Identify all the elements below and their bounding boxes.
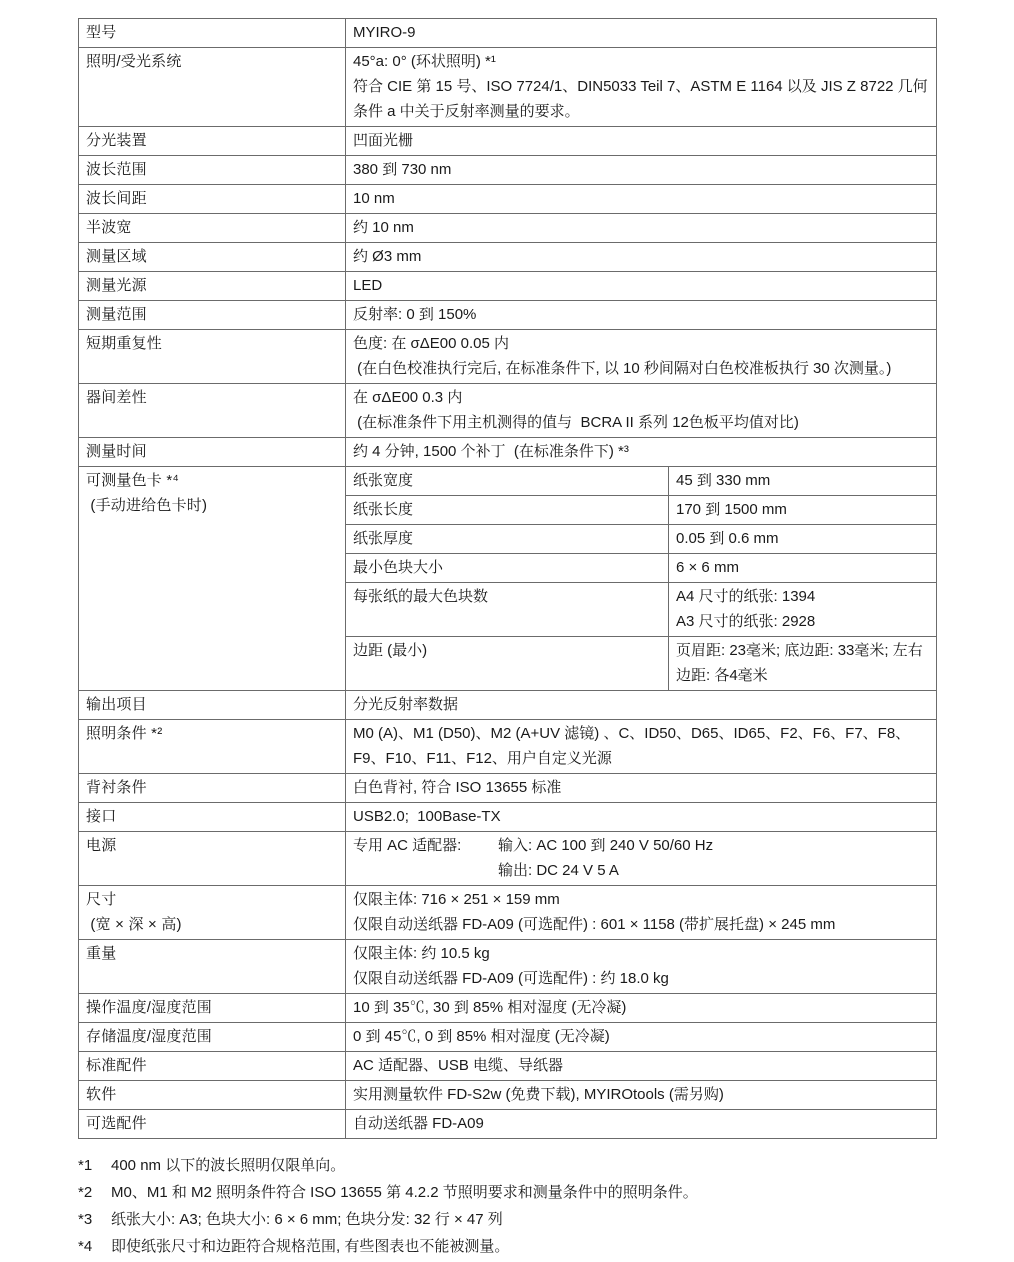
table-row: 照明/受光系统45°a: 0° (环状照明) *¹符合 CIE 第 15 号、I… bbox=[79, 48, 937, 127]
spec-value-cell: 约 Ø3 mm bbox=[346, 243, 937, 272]
spec-label-cell: 测量范围 bbox=[79, 301, 346, 330]
spec-label-cell: 尺寸 (宽 × 深 × 高) bbox=[79, 886, 346, 940]
table-row: 重量仅限主体: 约 10.5 kg仅限自动送纸器 FD-A09 (可选配件) :… bbox=[79, 940, 937, 994]
spec-value-line: 45 到 330 mm bbox=[676, 468, 930, 493]
spec-value-line: 约 4 分钟, 1500 个补丁 (在标准条件下) *³ bbox=[353, 439, 930, 464]
spec-sublabel: 最小色块大小 bbox=[353, 555, 662, 580]
spec-sublabel: 边距 (最小) bbox=[353, 638, 662, 663]
spec-label-cell: 器间差性 bbox=[79, 384, 346, 438]
spec-sublabel-cell: 边距 (最小) bbox=[346, 637, 669, 691]
table-row: 测量区域约 Ø3 mm bbox=[79, 243, 937, 272]
table-row: 照明条件 *²M0 (A)、M1 (D50)、M2 (A+UV 滤镜) 、C、I… bbox=[79, 720, 937, 774]
table-row: 测量时间约 4 分钟, 1500 个补丁 (在标准条件下) *³ bbox=[79, 438, 937, 467]
spec-label: 软件 bbox=[86, 1082, 339, 1107]
spec-value-line: M0 (A)、M1 (D50)、M2 (A+UV 滤镜) 、C、ID50、D65… bbox=[353, 721, 930, 771]
spec-subvalue-cell: 45 到 330 mm bbox=[669, 467, 937, 496]
spec-label: 重量 bbox=[86, 941, 339, 966]
spec-value-cell: AC 适配器、USB 电缆、导纸器 bbox=[346, 1052, 937, 1081]
spec-value-line: 0.05 到 0.6 mm bbox=[676, 526, 930, 551]
spec-value-line: 0 到 45℃, 0 到 85% 相对湿度 (无冷凝) bbox=[353, 1024, 930, 1049]
spec-value-line: 约 10 nm bbox=[353, 215, 930, 240]
spec-value-line: 自动送纸器 FD-A09 bbox=[353, 1111, 930, 1136]
spec-label-cell: 可测量色卡 *⁴ (手动进给色卡时) bbox=[79, 467, 346, 691]
spec-value-line: 仅限主体: 约 10.5 kg bbox=[353, 941, 930, 966]
spec-label: 测量区域 bbox=[86, 244, 339, 269]
table-row: 短期重复性色度: 在 σΔE00 0.05 内 (在白色校准执行完后, 在标准条… bbox=[79, 330, 937, 384]
spec-label: 测量时间 bbox=[86, 439, 339, 464]
spec-value-line: 约 Ø3 mm bbox=[353, 244, 930, 269]
spec-subvalue-cell: 6 × 6 mm bbox=[669, 554, 937, 583]
spec-value-cell: 在 σΔE00 0.3 内 (在标准条件下用主机测得的值与 BCRA II 系列… bbox=[346, 384, 937, 438]
spec-label: 可选配件 bbox=[86, 1111, 339, 1136]
spec-label-cell: 测量光源 bbox=[79, 272, 346, 301]
spec-label: 分光装置 bbox=[86, 128, 339, 153]
spec-label-cell: 半波宽 bbox=[79, 214, 346, 243]
spec-value-cell: 仅限主体: 约 10.5 kg仅限自动送纸器 FD-A09 (可选配件) : 约… bbox=[346, 940, 937, 994]
spec-label: 存储温度/湿度范围 bbox=[86, 1024, 339, 1049]
table-row: 背衬条件白色背衬, 符合 ISO 13655 标准 bbox=[79, 774, 937, 803]
spec-label: 照明/受光系统 bbox=[86, 49, 339, 74]
spec-value-cell: USB2.0; 100Base-TX bbox=[346, 803, 937, 832]
spec-label: 半波宽 bbox=[86, 215, 339, 240]
spec-sublabel-cell: 纸张长度 bbox=[346, 496, 669, 525]
spec-sublabel: 纸张长度 bbox=[353, 497, 662, 522]
spec-value-line: 仅限自动送纸器 FD-A09 (可选配件) : 601 × 1158 (带扩展托… bbox=[353, 912, 930, 937]
spec-label: 尺寸 bbox=[86, 887, 339, 912]
spec-label-cell: 波长范围 bbox=[79, 156, 346, 185]
spec-value-line: 6 × 6 mm bbox=[676, 555, 930, 580]
spec-label-cell: 测量区域 bbox=[79, 243, 346, 272]
spec-value-cell: 自动送纸器 FD-A09 bbox=[346, 1110, 937, 1139]
footnote-marker: *3 bbox=[78, 1206, 111, 1233]
footnote-marker: *4 bbox=[78, 1233, 111, 1260]
spec-value-line: 在 σΔE00 0.3 内 bbox=[353, 385, 930, 410]
table-row: 波长范围380 到 730 nm bbox=[79, 156, 937, 185]
footnote-text: M0、M1 和 M2 照明条件符合 ISO 13655 第 4.2.2 节照明要… bbox=[111, 1179, 936, 1206]
footnote-text: 400 nm 以下的波长照明仅限单向。 bbox=[111, 1152, 936, 1179]
table-row: 器间差性在 σΔE00 0.3 内 (在标准条件下用主机测得的值与 BCRA I… bbox=[79, 384, 937, 438]
spec-label: 可测量色卡 *⁴ bbox=[86, 468, 339, 493]
footnote-row: *1400 nm 以下的波长照明仅限单向。 bbox=[78, 1152, 936, 1179]
spec-label-cell: 测量时间 bbox=[79, 438, 346, 467]
spec-value-line: 凹面光栅 bbox=[353, 128, 930, 153]
table-row: 波长间距10 nm bbox=[79, 185, 937, 214]
footnote-row: *3纸张大小: A3; 色块大小: 6 × 6 mm; 色块分发: 32 行 ×… bbox=[78, 1206, 936, 1233]
spec-value-line: 分光反射率数据 bbox=[353, 692, 930, 717]
spec-label: 测量范围 bbox=[86, 302, 339, 327]
spec-label: 操作温度/湿度范围 bbox=[86, 995, 339, 1020]
spec-value-line: 白色背衬, 符合 ISO 13655 标准 bbox=[353, 775, 930, 800]
spec-value-cell: M0 (A)、M1 (D50)、M2 (A+UV 滤镜) 、C、ID50、D65… bbox=[346, 720, 937, 774]
footnote-marker: *2 bbox=[78, 1179, 111, 1206]
spec-value-line: 10 nm bbox=[353, 186, 930, 211]
spec-sublabel: 纸张宽度 bbox=[353, 468, 662, 493]
table-row: 软件实用测量软件 FD-S2w (免费下载), MYIROtools (需另购) bbox=[79, 1081, 937, 1110]
spec-sublabel-cell: 纸张厚度 bbox=[346, 525, 669, 554]
spec-value-line: 仅限自动送纸器 FD-A09 (可选配件) : 约 18.0 kg bbox=[353, 966, 930, 991]
spec-label-cell: 接口 bbox=[79, 803, 346, 832]
spec-label: 型号 bbox=[86, 20, 339, 45]
spec-label: 短期重复性 bbox=[86, 331, 339, 356]
spec-value-cell: 仅限主体: 716 × 251 × 159 mm仅限自动送纸器 FD-A09 (… bbox=[346, 886, 937, 940]
spec-value-cell: 10 nm bbox=[346, 185, 937, 214]
table-row: 分光装置凹面光栅 bbox=[79, 127, 937, 156]
spec-sublabel-cell: 每张纸的最大色块数 bbox=[346, 583, 669, 637]
spec-label-cell: 波长间距 bbox=[79, 185, 346, 214]
spec-value-line: 输出: DC 24 V 5 A bbox=[498, 858, 930, 883]
spec-subvalue-cell: 0.05 到 0.6 mm bbox=[669, 525, 937, 554]
footnote-row: *2M0、M1 和 M2 照明条件符合 ISO 13655 第 4.2.2 节照… bbox=[78, 1179, 936, 1206]
spec-label-cell: 软件 bbox=[79, 1081, 346, 1110]
spec-value-cell: 45°a: 0° (环状照明) *¹符合 CIE 第 15 号、ISO 7724… bbox=[346, 48, 937, 127]
spec-sublabel-cell: 最小色块大小 bbox=[346, 554, 669, 583]
spec-value-line: 色度: 在 σΔE00 0.05 内 bbox=[353, 331, 930, 356]
spec-value-line: 输入: AC 100 到 240 V 50/60 Hz bbox=[498, 833, 930, 858]
spec-value-line: A4 尺寸的纸张: 1394 bbox=[676, 584, 930, 609]
spec-value-cell: 约 10 nm bbox=[346, 214, 937, 243]
spec-value-line: AC 适配器、USB 电缆、导纸器 bbox=[353, 1053, 930, 1078]
spec-value-line: (在白色校准执行完后, 在标准条件下, 以 10 秒间隔对白色校准板执行 30 … bbox=[353, 356, 930, 381]
table-row: 可测量色卡 *⁴ (手动进给色卡时)纸张宽度45 到 330 mm bbox=[79, 467, 937, 496]
spec-value-cell: MYIRO-9 bbox=[346, 19, 937, 48]
spec-value-cell: 凹面光栅 bbox=[346, 127, 937, 156]
spec-label: 测量光源 bbox=[86, 273, 339, 298]
spec-value-cell: 380 到 730 nm bbox=[346, 156, 937, 185]
spec-value-split: 专用 AC 适配器: 输入: AC 100 到 240 V 50/60 Hz输出… bbox=[353, 833, 930, 883]
table-row: 半波宽约 10 nm bbox=[79, 214, 937, 243]
spec-subvalue-cell: 页眉距: 23毫米; 底边距: 33毫米; 左右边距: 各4毫米 bbox=[669, 637, 937, 691]
table-row: 存储温度/湿度范围0 到 45℃, 0 到 85% 相对湿度 (无冷凝) bbox=[79, 1023, 937, 1052]
spec-value-line: LED bbox=[353, 273, 930, 298]
spec-label: 标准配件 bbox=[86, 1053, 339, 1078]
spec-label-cell: 背衬条件 bbox=[79, 774, 346, 803]
spec-subvalue-cell: 170 到 1500 mm bbox=[669, 496, 937, 525]
spec-sublabel: 每张纸的最大色块数 bbox=[353, 584, 662, 609]
spec-sheet-page: 型号MYIRO-9照明/受光系统45°a: 0° (环状照明) *¹符合 CIE… bbox=[0, 0, 1014, 1260]
footnote-text: 纸张大小: A3; 色块大小: 6 × 6 mm; 色块分发: 32 行 × 4… bbox=[111, 1206, 936, 1233]
spec-sublabel: 纸张厚度 bbox=[353, 526, 662, 551]
spec-label-cell: 电源 bbox=[79, 832, 346, 886]
spec-value-line: MYIRO-9 bbox=[353, 20, 930, 45]
spec-value-cell: 10 到 35℃, 30 到 85% 相对湿度 (无冷凝) bbox=[346, 994, 937, 1023]
table-row: 电源专用 AC 适配器: 输入: AC 100 到 240 V 50/60 Hz… bbox=[79, 832, 937, 886]
spec-label: 器间差性 bbox=[86, 385, 339, 410]
spec-sublabel-cell: 纸张宽度 bbox=[346, 467, 669, 496]
spec-label-cell: 可选配件 bbox=[79, 1110, 346, 1139]
table-row: 测量光源LED bbox=[79, 272, 937, 301]
spec-value-cell: 色度: 在 σΔE00 0.05 内 (在白色校准执行完后, 在标准条件下, 以… bbox=[346, 330, 937, 384]
footnote-text: 即使纸张尺寸和边距符合规格范围, 有些图表也不能被测量。 bbox=[111, 1233, 936, 1260]
spec-label: 电源 bbox=[86, 833, 339, 858]
spec-value-line: USB2.0; 100Base-TX bbox=[353, 804, 930, 829]
table-row: 操作温度/湿度范围10 到 35℃, 30 到 85% 相对湿度 (无冷凝) bbox=[79, 994, 937, 1023]
spec-value-cell: 反射率: 0 到 150% bbox=[346, 301, 937, 330]
spec-label: 输出项目 bbox=[86, 692, 339, 717]
spec-label-cell: 标准配件 bbox=[79, 1052, 346, 1081]
spec-label-cell: 存储温度/湿度范围 bbox=[79, 1023, 346, 1052]
spec-value-line: 页眉距: 23毫米; 底边距: 33毫米; 左右边距: 各4毫米 bbox=[676, 638, 930, 688]
spec-value-cell: 分光反射率数据 bbox=[346, 691, 937, 720]
spec-label-cell: 型号 bbox=[79, 19, 346, 48]
spec-label-cell: 操作温度/湿度范围 bbox=[79, 994, 346, 1023]
spec-value-line: 实用测量软件 FD-S2w (免费下载), MYIROtools (需另购) bbox=[353, 1082, 930, 1107]
spec-value-line: A3 尺寸的纸张: 2928 bbox=[676, 609, 930, 634]
table-row: 型号MYIRO-9 bbox=[79, 19, 937, 48]
spec-label-cell: 照明/受光系统 bbox=[79, 48, 346, 127]
table-row: 测量范围反射率: 0 到 150% bbox=[79, 301, 937, 330]
spec-label: 照明条件 *² bbox=[86, 721, 339, 746]
spec-value-cell: 约 4 分钟, 1500 个补丁 (在标准条件下) *³ bbox=[346, 438, 937, 467]
spec-value-line: 反射率: 0 到 150% bbox=[353, 302, 930, 327]
spec-table-body: 型号MYIRO-9照明/受光系统45°a: 0° (环状照明) *¹符合 CIE… bbox=[79, 19, 937, 1139]
spec-value-line: 符合 CIE 第 15 号、ISO 7724/1、DIN5033 Teil 7、… bbox=[353, 74, 930, 124]
spec-label-line2: (宽 × 深 × 高) bbox=[86, 912, 339, 937]
spec-value-cell: 白色背衬, 符合 ISO 13655 标准 bbox=[346, 774, 937, 803]
spec-table: 型号MYIRO-9照明/受光系统45°a: 0° (环状照明) *¹符合 CIE… bbox=[78, 18, 937, 1139]
table-row: 标准配件AC 适配器、USB 电缆、导纸器 bbox=[79, 1052, 937, 1081]
spec-value-line: 10 到 35℃, 30 到 85% 相对湿度 (无冷凝) bbox=[353, 995, 930, 1020]
spec-value-cell: LED bbox=[346, 272, 937, 301]
spec-label-cell: 重量 bbox=[79, 940, 346, 994]
spec-value-prefix: 专用 AC 适配器: bbox=[353, 833, 498, 858]
spec-label-cell: 分光装置 bbox=[79, 127, 346, 156]
spec-label: 波长范围 bbox=[86, 157, 339, 182]
spec-value-cell: 实用测量软件 FD-S2w (免费下载), MYIROtools (需另购) bbox=[346, 1081, 937, 1110]
spec-label-cell: 输出项目 bbox=[79, 691, 346, 720]
spec-label-line2: (手动进给色卡时) bbox=[86, 493, 339, 518]
spec-label: 波长间距 bbox=[86, 186, 339, 211]
spec-label-cell: 短期重复性 bbox=[79, 330, 346, 384]
table-row: 接口USB2.0; 100Base-TX bbox=[79, 803, 937, 832]
footnote-row: *4即使纸张尺寸和边距符合规格范围, 有些图表也不能被测量。 bbox=[78, 1233, 936, 1260]
footnote-marker: *1 bbox=[78, 1152, 111, 1179]
footnotes: *1400 nm 以下的波长照明仅限单向。*2M0、M1 和 M2 照明条件符合… bbox=[78, 1152, 936, 1260]
spec-value-cell: 专用 AC 适配器: 输入: AC 100 到 240 V 50/60 Hz输出… bbox=[346, 832, 937, 886]
spec-value-line: (在标准条件下用主机测得的值与 BCRA II 系列 12色板平均值对比) bbox=[353, 410, 930, 435]
table-row: 可选配件自动送纸器 FD-A09 bbox=[79, 1110, 937, 1139]
spec-label-cell: 照明条件 *² bbox=[79, 720, 346, 774]
spec-value-line: 45°a: 0° (环状照明) *¹ bbox=[353, 49, 930, 74]
table-row: 尺寸 (宽 × 深 × 高)仅限主体: 716 × 251 × 159 mm仅限… bbox=[79, 886, 937, 940]
spec-value-line: 170 到 1500 mm bbox=[676, 497, 930, 522]
table-row: 输出项目分光反射率数据 bbox=[79, 691, 937, 720]
spec-value-line: 仅限主体: 716 × 251 × 159 mm bbox=[353, 887, 930, 912]
spec-label: 接口 bbox=[86, 804, 339, 829]
spec-value-lines: 输入: AC 100 到 240 V 50/60 Hz输出: DC 24 V 5… bbox=[498, 833, 930, 883]
spec-value-line: 380 到 730 nm bbox=[353, 157, 930, 182]
spec-value-cell: 0 到 45℃, 0 到 85% 相对湿度 (无冷凝) bbox=[346, 1023, 937, 1052]
spec-label: 背衬条件 bbox=[86, 775, 339, 800]
spec-subvalue-cell: A4 尺寸的纸张: 1394A3 尺寸的纸张: 2928 bbox=[669, 583, 937, 637]
